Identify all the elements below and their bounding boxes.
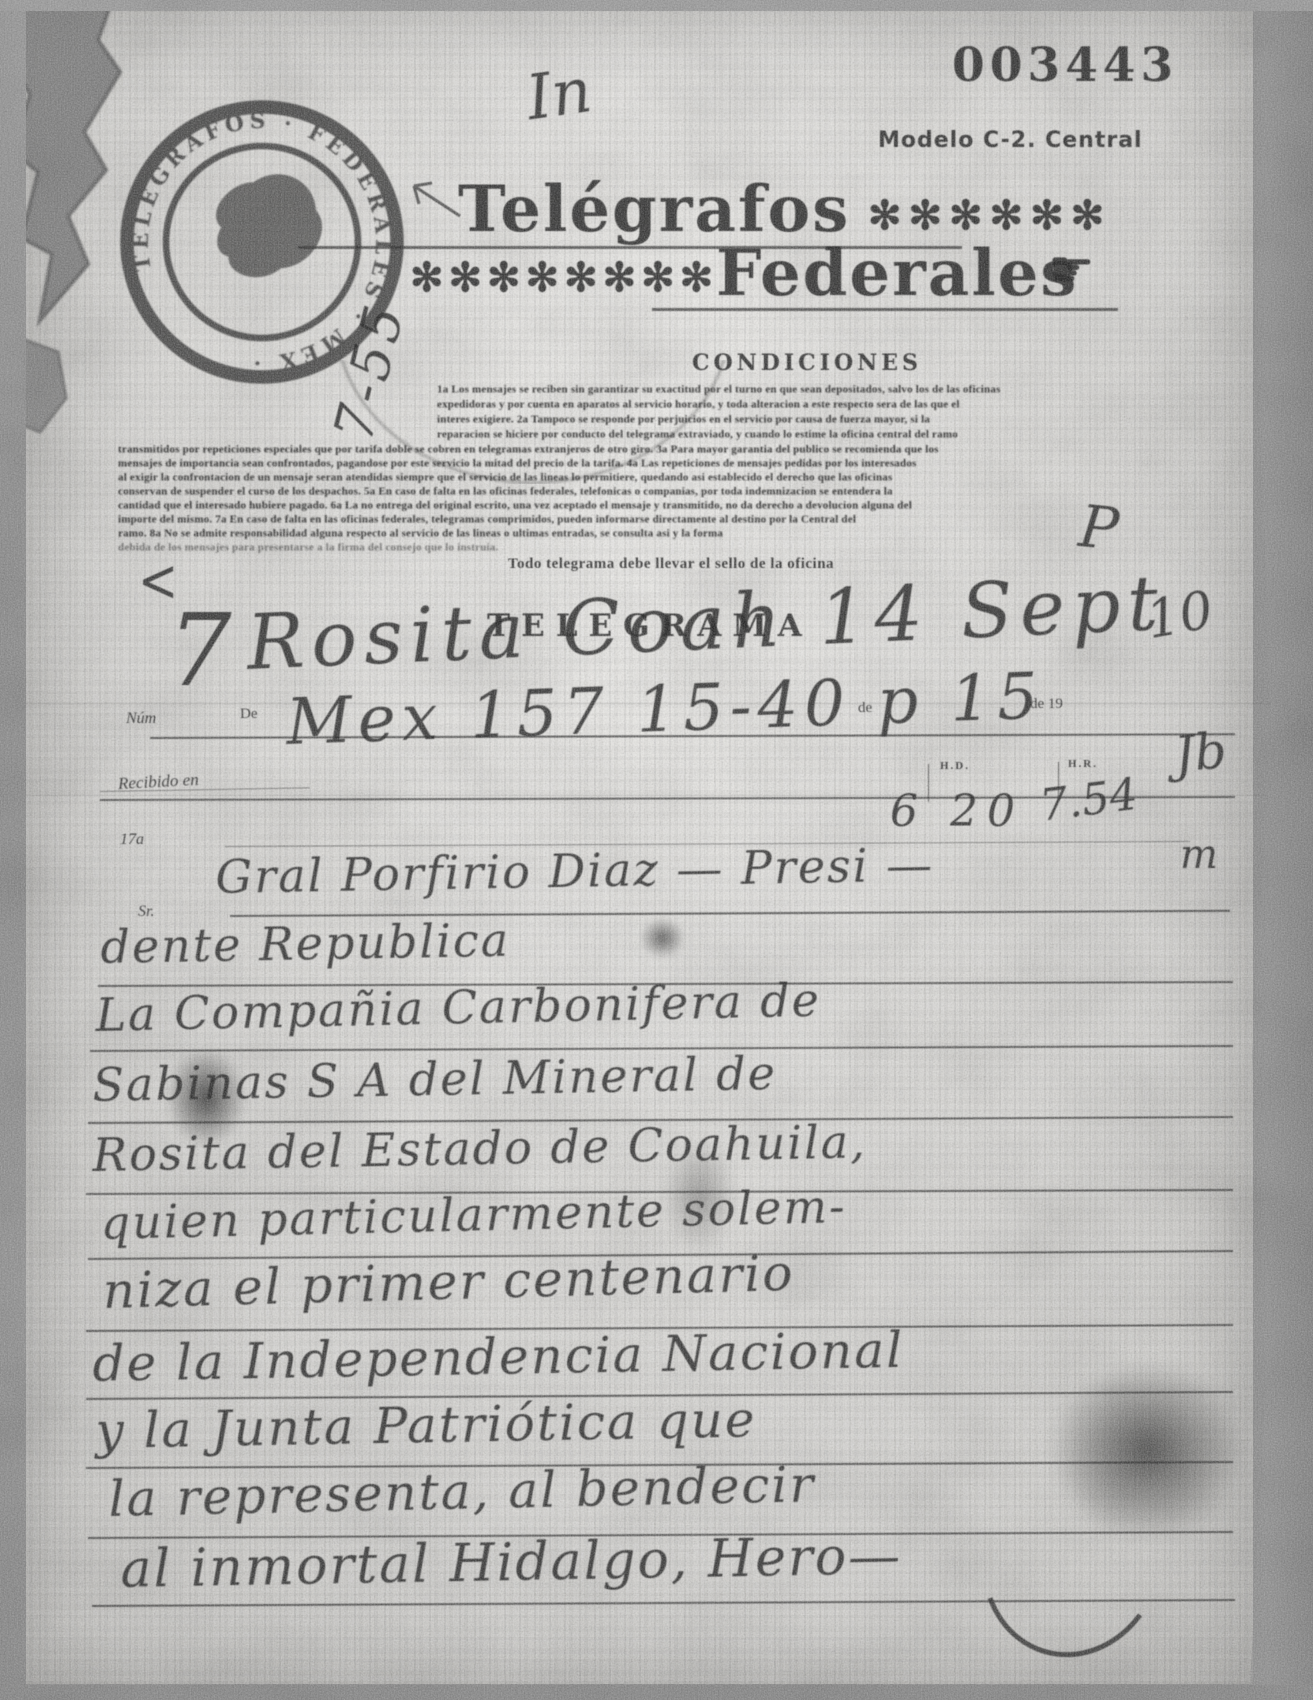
serial-number: 003443 xyxy=(952,38,1178,93)
fine-print-illegible: mensajes de importancia sean confrontado… xyxy=(118,459,1194,469)
handwritten-num: 7 xyxy=(168,592,232,709)
label-hr: H.R. xyxy=(1068,758,1098,770)
stamp-eagle-icon xyxy=(204,166,331,286)
fine-print-illegible: transmitidos por repeticiones especiales… xyxy=(118,445,1194,455)
fine-print-illegible: 1a Los mensajes se reciben sin garantiza… xyxy=(437,385,1194,395)
scanner-edge-top xyxy=(0,0,1313,11)
fine-print-illegible: cantidad que el interesado hubiere pagad… xyxy=(118,501,1194,511)
fine-print-illegible: importe del mismo. 7a En caso de falta e… xyxy=(118,515,1194,525)
fine-print-illegible: debida de los mensajes para presentarse … xyxy=(118,543,738,553)
message-line: dente Republica xyxy=(100,913,511,974)
fine-print-illegible: ramo. 8a No se admite responsabilidad al… xyxy=(118,529,978,539)
handwritten-year: 10 xyxy=(1142,581,1218,652)
handwritten-annotation: In xyxy=(522,53,596,134)
fine-print-illegible: reparacion se hiciere por conducto del t… xyxy=(437,430,1194,440)
label-hd: H.D. xyxy=(940,760,970,772)
scanner-edge-bottom xyxy=(0,1685,1313,1700)
label-via: 17a xyxy=(120,831,144,849)
brand-underline xyxy=(652,308,1118,311)
label-de-origin: De xyxy=(240,706,258,723)
fine-print-illegible: expedidoras y por cuenta en aparatos al … xyxy=(437,400,1194,410)
fine-print-illegible: al exigir la confrontacion de un mensaje… xyxy=(118,473,1194,483)
handwritten-clerk-initials: Jb xyxy=(1172,721,1229,783)
fine-print-illegible: interes exigiere. 2a Tampoco se responde… xyxy=(437,415,1194,425)
model-label: Modelo C-2. Central xyxy=(878,128,1143,153)
message-line: y la Junta Patriótica que xyxy=(95,1390,757,1460)
conditions-title: CONDICIONES xyxy=(692,350,922,376)
label-num: Núm xyxy=(126,710,156,728)
asterisks-right: ✻✻✻✻✻✻ xyxy=(868,192,1111,239)
fine-print-illegible: conservan de suspender el curso de los d… xyxy=(118,487,1194,497)
pointing-hand-icon: ☛ xyxy=(1048,240,1095,300)
handwritten-hd-value: 6 20 xyxy=(890,786,1024,837)
handwritten-page-mark: P xyxy=(1076,492,1122,564)
pen-flourish xyxy=(975,1590,1175,1685)
handwritten-margin-mark: m xyxy=(1180,832,1218,878)
brand-line2: Federales xyxy=(716,236,1078,311)
telegram-scan: 003443 Modelo C-2. Central In TELEGRAFOS… xyxy=(0,0,1313,1700)
scanner-edge-left xyxy=(0,0,26,1700)
asterisks-left: ✻✻✻✻✻✻✻✻ xyxy=(410,254,718,301)
